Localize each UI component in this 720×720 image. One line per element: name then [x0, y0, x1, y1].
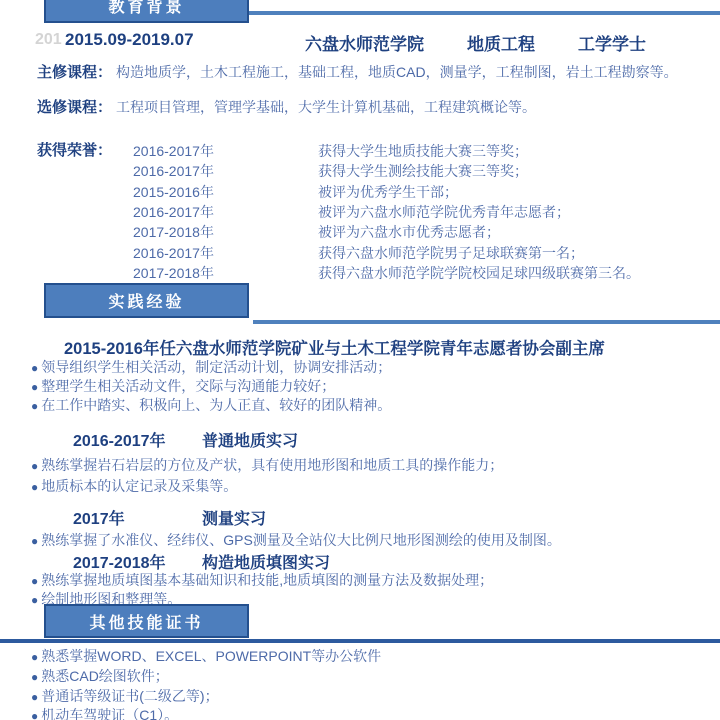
honor-desc: 获得六盘水师范学院男子足球联赛第一名； [318, 245, 584, 261]
internship-period: 2017年 [73, 506, 202, 529]
education-period: 2015.09-2019.07 [65, 30, 194, 50]
bullet-text: 熟练掌握地质填图基本基础知识和技能,地质填图的测量方法及数据处理； [41, 572, 493, 588]
bullet-text: 普通话等级证书(二级乙等)； [41, 688, 218, 704]
honor-desc: 被评为六盘水师范学院优秀青年志愿者； [318, 204, 570, 220]
practice-bullet-row: ●整理学生相关活动文件，交际与沟通能力较好； [31, 376, 335, 396]
internship-bullet-row: ●熟练掌握了水准仪、经纬仪、GPS测量及全站仪大比例尺地形图测绘的使用及制图。 [31, 530, 561, 550]
internship-period: 2016-2017年 [73, 428, 202, 451]
internship-title: 测量实习 [202, 511, 266, 528]
internship-bullet-row: ●熟练掌握岩石岩层的方位及产状，具有使用地形图和地质工具的操作能力； [31, 455, 503, 475]
bullet-icon: ● [31, 709, 38, 720]
honor-row: 2016-2017年获得大学生测绘技能大赛三等奖； [133, 161, 528, 181]
education-degree-row: 2015.09-2019.07 六盘水师范学院 地质工程 工学学士 [0, 30, 720, 50]
skill-bullet-row: ●普通话等级证书(二级乙等)； [31, 686, 219, 706]
practice-bullet-row: ●在工作中踏实、积极向上、为人正直、较好的团队精神。 [31, 395, 391, 415]
bullet-icon: ● [31, 480, 38, 494]
bullet-icon: ● [31, 670, 38, 684]
bullet-text: 熟悉CAD绘图软件； [41, 668, 169, 684]
honor-row: 2016-2017年获得大学生地质技能大赛三等奖； [133, 141, 528, 161]
bullet-text: 熟练掌握了水准仪、经纬仪、GPS测量及全站仪大比例尺地形图测绘的使用及制图。 [41, 532, 561, 548]
section-header-education: 教育背景 [44, 0, 249, 23]
bullet-text: 整理学生相关活动文件，交际与沟通能力较好； [41, 378, 335, 394]
elective-courses-label: 选修课程： [37, 99, 112, 116]
honor-row: 2016-2017年被评为六盘水师范学院优秀青年志愿者； [133, 202, 570, 222]
practice-header-rule [253, 320, 720, 324]
honor-desc: 获得大学生测绘技能大赛三等奖； [318, 163, 528, 179]
honor-row: 2017-2018年被评为六盘水市优秀志愿者； [133, 222, 500, 242]
skill-bullet-row: ●熟悉掌握WORD、EXCEL、POWERPOINT等办公软件 [31, 646, 381, 666]
bullet-icon: ● [31, 361, 38, 375]
practice-bullet-row: ●领导组织学生相关活动，制定活动计划，协调安排活动； [31, 357, 391, 377]
skill-bullet-row: ●熟悉CAD绘图软件； [31, 666, 169, 686]
bullet-icon: ● [31, 380, 38, 394]
honor-year: 2016-2017年 [133, 243, 318, 263]
bullet-text: 机动车驾驶证（C1）。 [41, 707, 178, 720]
bullet-text: 在工作中踏实、积极向上、为人正直、较好的团队精神。 [41, 397, 391, 413]
elective-courses-text: 工程项目管理，管理学基础，大学生计算机基础，工程建筑概论等。 [116, 99, 536, 115]
internship-bullet-row: ●熟练掌握地质填图基本基础知识和技能,地质填图的测量方法及数据处理； [31, 570, 493, 590]
internship-bullet-row: ●地质标本的认定记录及采集等。 [31, 476, 237, 496]
skills-header-rule [0, 639, 720, 643]
elective-courses-row: 选修课程：工程项目管理，管理学基础，大学生计算机基础，工程建筑概论等。 [37, 98, 715, 117]
bullet-icon: ● [31, 534, 38, 548]
education-major: 地质工程 [467, 30, 535, 55]
bullet-icon: ● [31, 459, 38, 473]
resume-page: 教育背景 201 2015.09-2019.07 六盘水师范学院 地质工程 工学… [0, 0, 720, 720]
bullet-text: 领导组织学生相关活动，制定活动计划，协调安排活动； [41, 359, 391, 375]
major-courses-text: 构造地质学，土木工程施工，基础工程，地质CAD，测量学，工程制图，岩土工程勘察等… [116, 64, 678, 80]
major-courses-row: 主修课程：构造地质学，土木工程施工，基础工程，地质CAD，测量学，工程制图，岩土… [37, 63, 715, 82]
honor-row: 2015-2016年被评为优秀学生干部； [133, 182, 458, 202]
bullet-text: 地质标本的认定记录及采集等。 [41, 478, 237, 494]
internship-header: 2016-2017年普通地质实习 [73, 428, 298, 451]
major-courses-label: 主修课程： [37, 64, 112, 81]
honor-year: 2016-2017年 [133, 161, 318, 181]
bullet-text: 熟悉掌握WORD、EXCEL、POWERPOINT等办公软件 [41, 648, 381, 664]
section-header-skills: 其他技能证书 [44, 604, 249, 638]
honor-year: 2016-2017年 [133, 202, 318, 222]
bullet-icon: ● [31, 399, 38, 413]
honor-desc: 被评为优秀学生干部； [318, 184, 458, 200]
bullet-icon: ● [31, 574, 38, 588]
practice-role-title: 2015-2016年任六盘水师范学院矿业与土木工程学院青年志愿者协会副主席 [64, 335, 605, 359]
honor-year: 2017-2018年 [133, 222, 318, 242]
section-header-skills-label: 其他技能证书 [89, 610, 203, 633]
bullet-icon: ● [31, 593, 38, 607]
section-header-education-label: 教育背景 [108, 0, 184, 17]
honor-year: 2017-2018年 [133, 263, 318, 283]
honor-desc: 获得六盘水师范学院学院校园足球四级联赛第三名。 [318, 265, 640, 281]
internship-title: 普通地质实习 [202, 433, 298, 450]
education-header-rule [249, 11, 720, 15]
honors-label: 获得荣誉： [37, 139, 112, 160]
education-school: 六盘水师范学院 [305, 30, 424, 55]
honor-desc: 获得大学生地质技能大赛三等奖； [318, 143, 528, 159]
skill-bullet-row: ●机动车驾驶证（C1）。 [31, 705, 178, 720]
honor-desc: 被评为六盘水市优秀志愿者； [318, 224, 500, 240]
honor-year: 2015-2016年 [133, 182, 318, 202]
honor-year: 2016-2017年 [133, 141, 318, 161]
section-header-practice-label: 实践经验 [108, 289, 184, 312]
bullet-text: 熟练掌握岩石岩层的方位及产状，具有使用地形图和地质工具的操作能力； [41, 457, 503, 473]
section-header-practice: 实践经验 [44, 283, 249, 318]
honor-row: 2016-2017年获得六盘水师范学院男子足球联赛第一名； [133, 243, 584, 263]
honor-row: 2017-2018年获得六盘水师范学院学院校园足球四级联赛第三名。 [133, 263, 640, 283]
internship-header: 2017年测量实习 [73, 506, 266, 529]
bullet-icon: ● [31, 650, 38, 664]
bullet-icon: ● [31, 690, 38, 704]
education-degree: 工学学士 [578, 30, 646, 55]
